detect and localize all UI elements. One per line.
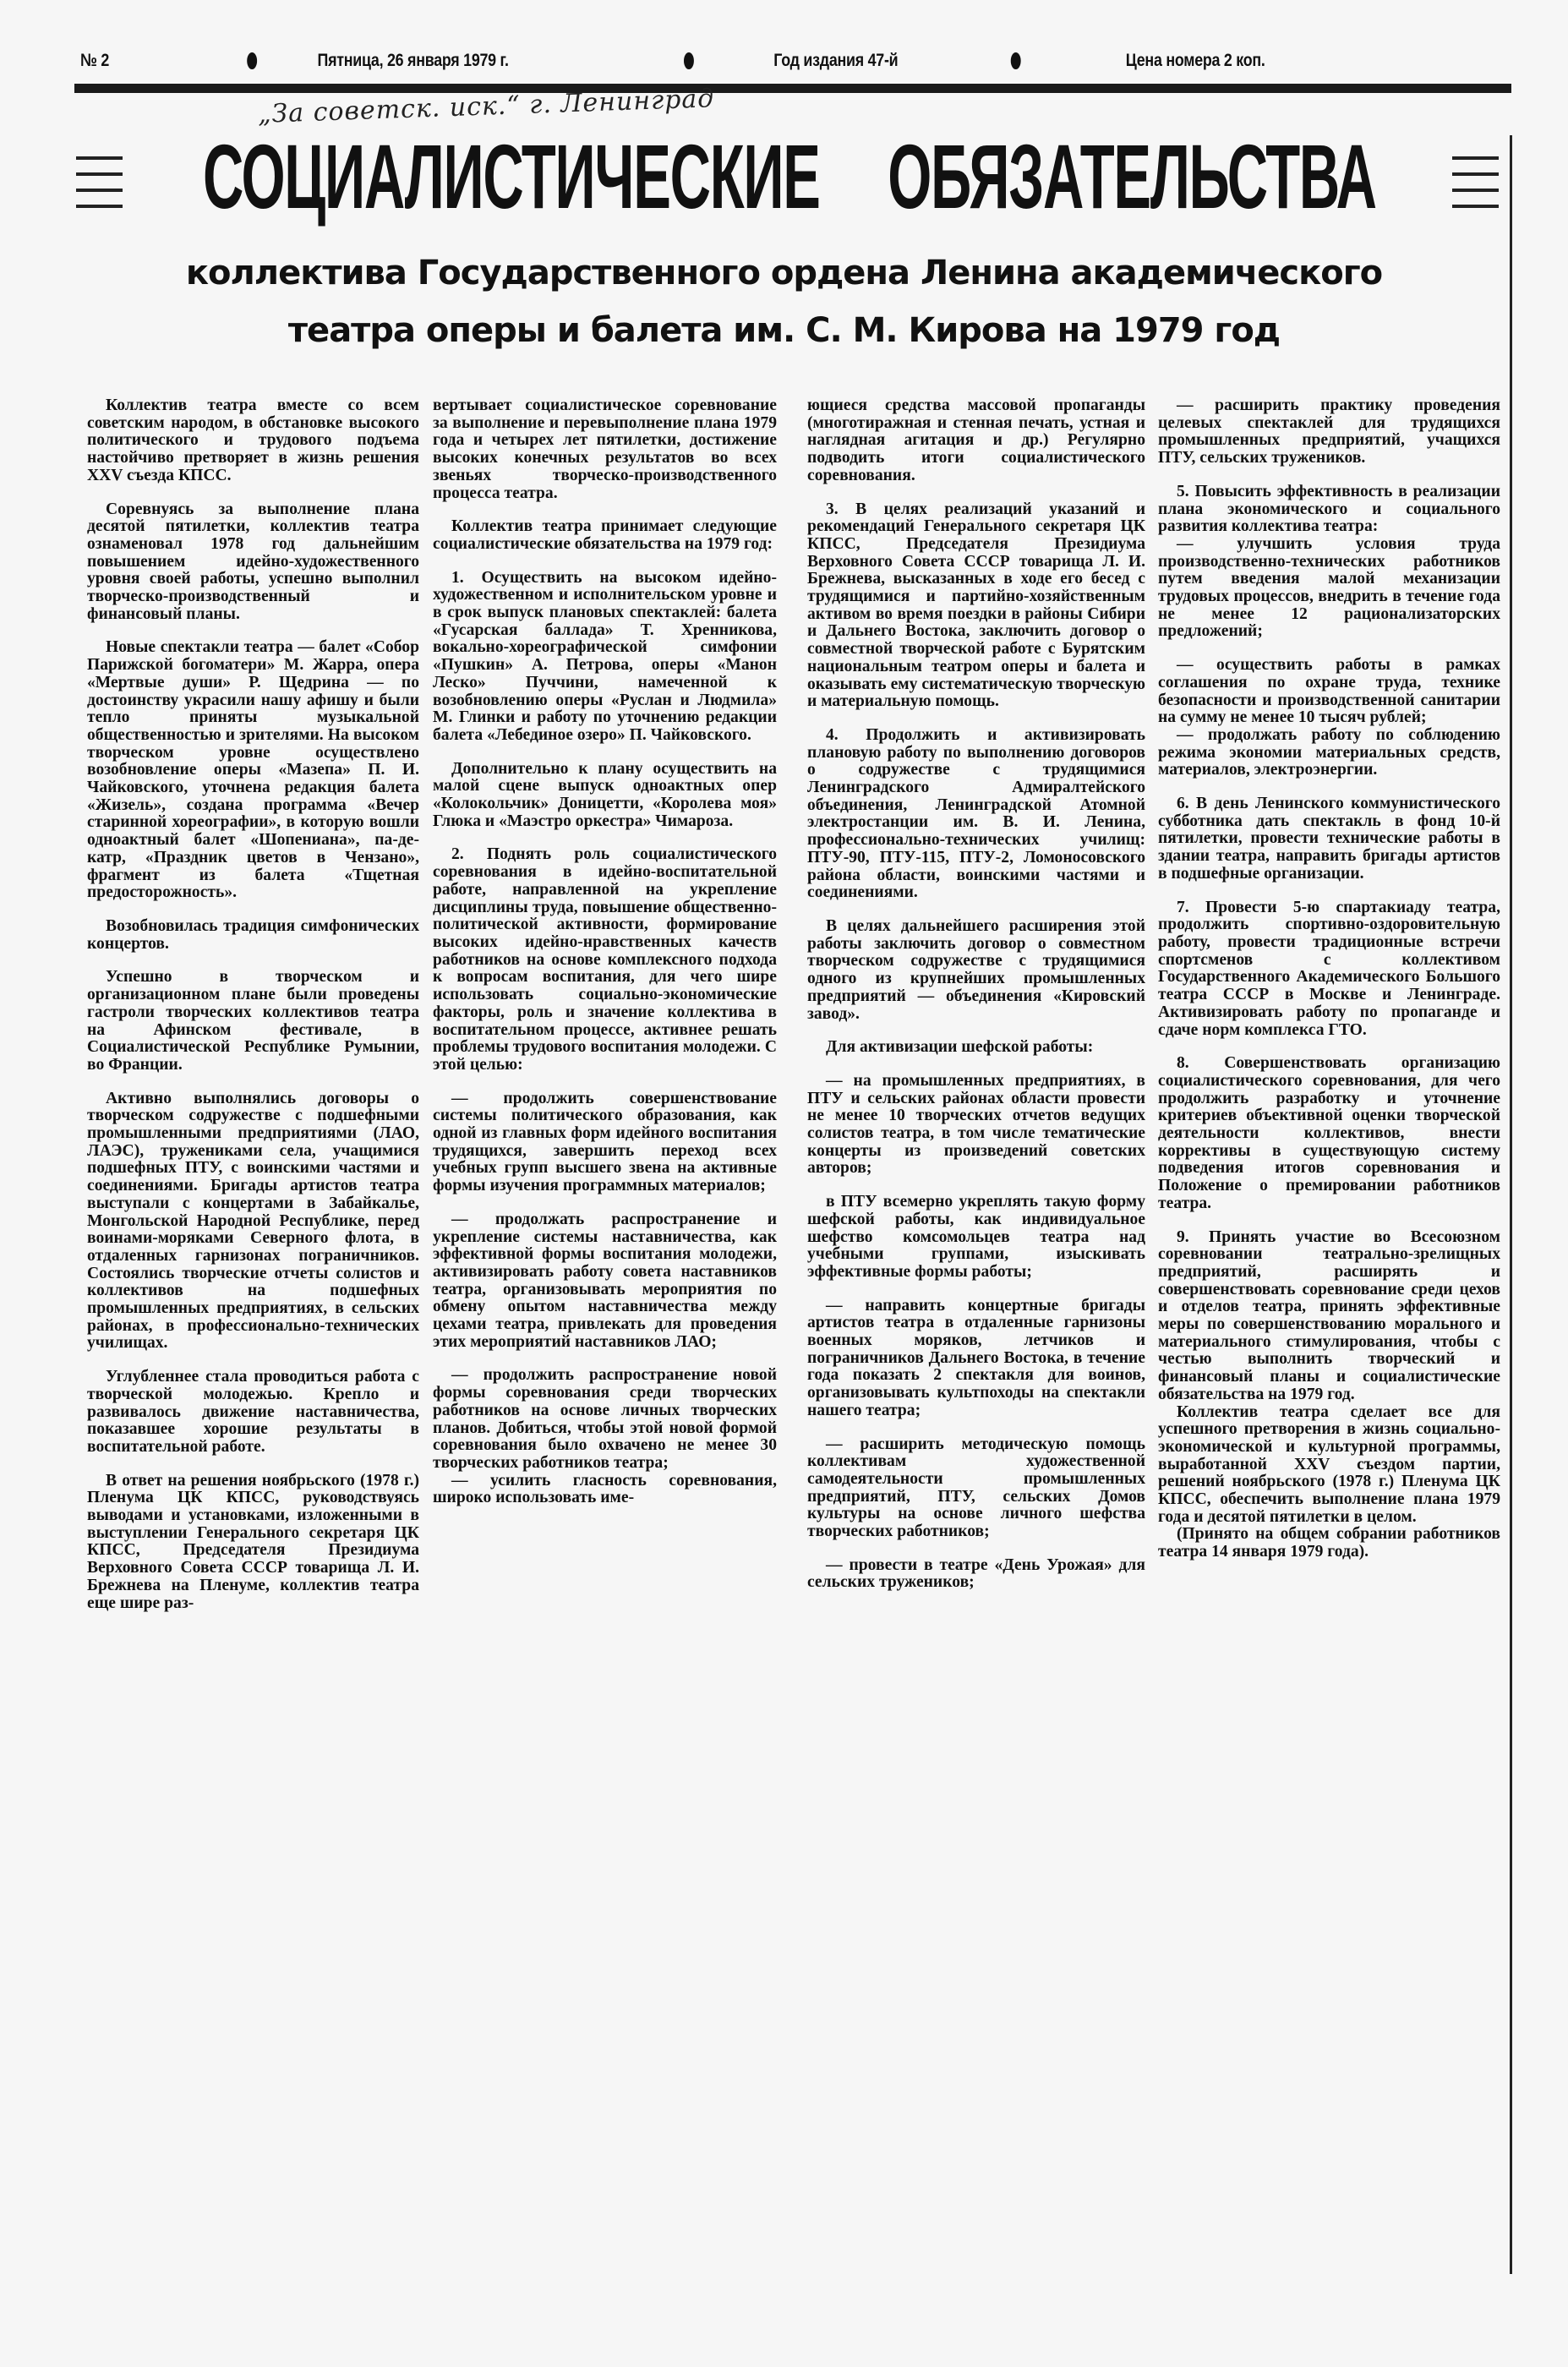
paragraph: ющиеся средства массовой пропаганды (мно… bbox=[807, 397, 1145, 485]
obligation-item-5: 5. Повысить эффективность в реализации п… bbox=[1158, 484, 1500, 536]
paragraph: В целях дальнейшего расширения этой рабо… bbox=[807, 918, 1145, 1023]
closing-paragraph: Коллектив театра сделает все для успешно… bbox=[1158, 1404, 1500, 1527]
paragraph: — направить концертные бригады артистов … bbox=[807, 1298, 1145, 1420]
paragraph: В ответ на решения ноябрьского (1978 г.)… bbox=[87, 1473, 419, 1613]
obligation-item-1: 1. Осуществить на высоком идейно-художес… bbox=[433, 570, 777, 745]
article-column-4: — расширить практику проведения целевых … bbox=[1158, 397, 1500, 1577]
paragraph: — расширить практику проведения целевых … bbox=[1158, 397, 1500, 467]
bullet-icon bbox=[247, 52, 257, 69]
paragraph: — осуществить работы в рамках соглашения… bbox=[1158, 657, 1500, 727]
publication-year: Год издания 47-й bbox=[773, 51, 898, 71]
masthead: № 2 Пятница, 26 января 1979 г. Год издан… bbox=[80, 44, 1302, 78]
headline-subtitle-line2: театра оперы и балета им. С. М. Кирова н… bbox=[0, 311, 1568, 350]
obligation-item-9: 9. Принять участие во Всесоюзном соревно… bbox=[1158, 1229, 1500, 1404]
article-column-2: вертывает социалистическое соревнование … bbox=[433, 397, 777, 1523]
masthead-rule bbox=[74, 84, 1511, 93]
paragraph: — на промышленных предприятиях, в ПТУ и … bbox=[807, 1073, 1145, 1178]
paragraph: Коллектив театра вместе со всем советски… bbox=[87, 397, 419, 485]
paragraph: — продолжить совершенствование системы п… bbox=[433, 1091, 777, 1195]
paragraph: — продолжать работу по соблюдению режима… bbox=[1158, 727, 1500, 779]
headline-title-part1: СОЦИАЛИСТИЧЕСКИЕ bbox=[203, 125, 820, 227]
paragraph: Успешно в творческом и организационном п… bbox=[87, 969, 419, 1074]
headline-title-part2: ОБЯЗАТЕЛЬСТВА bbox=[888, 125, 1376, 227]
paragraph: Соревнуясь за выполнение плана десятой п… bbox=[87, 501, 419, 624]
paragraph: Коллектив театра принимает следующие соц… bbox=[433, 518, 777, 553]
obligation-item-2: 2. Поднять роль социалистического соревн… bbox=[433, 846, 777, 1074]
article-column-3: ющиеся средства массовой пропаганды (мно… bbox=[807, 397, 1145, 1608]
obligation-item-3: 3. В целях реализаций указаний и рекомен… bbox=[807, 501, 1145, 711]
issue-price: Цена номера 2 коп. bbox=[1126, 51, 1265, 71]
article-column-1: Коллектив театра вместе со всем советски… bbox=[87, 397, 419, 1628]
obligation-item-6: 6. В день Ленинского коммунистического с… bbox=[1158, 795, 1500, 883]
issue-number: № 2 bbox=[80, 51, 109, 71]
obligation-item-4: 4. Продолжить и активизировать плановую … bbox=[807, 727, 1145, 902]
paragraph: в ПТУ всемерно укреплять такую форму шеф… bbox=[807, 1194, 1145, 1282]
decorative-bars-left-icon bbox=[76, 156, 123, 221]
issue-date: Пятница, 26 января 1979 г. bbox=[318, 51, 509, 71]
paragraph: — продолжить распространение новой формы… bbox=[433, 1367, 777, 1472]
paragraph: Для активизации шефской работы: bbox=[807, 1039, 1145, 1057]
paragraph: вертывает социалистическое соревнование … bbox=[433, 397, 777, 502]
column-border-right bbox=[1510, 135, 1512, 2274]
paragraph: — усилить гласность соревнования, широко… bbox=[433, 1473, 777, 1507]
paragraph: Дополнительно к плану осуществить на мал… bbox=[433, 761, 777, 831]
paragraph: Активно выполнялись договоры о творческо… bbox=[87, 1091, 419, 1353]
obligation-item-7: 7. Провести 5-ю спартакиаду театра, прод… bbox=[1158, 899, 1500, 1040]
headline-title: СОЦИАЛИСТИЧЕСКИЕОБЯЗАТЕЛЬСТВА bbox=[203, 131, 947, 222]
paragraph: Углубленнее стала проводиться работа с т… bbox=[87, 1369, 419, 1457]
paragraph: — провести в театре «День Урожая» для се… bbox=[807, 1557, 1145, 1592]
paragraph: — расширить методическую помощь коллекти… bbox=[807, 1436, 1145, 1541]
bullet-icon bbox=[1011, 52, 1021, 69]
paragraph: Новые спектакли театра — балет «Собор Па… bbox=[87, 639, 419, 902]
bullet-icon bbox=[684, 52, 694, 69]
paragraph: — улучшить условия труда производственно… bbox=[1158, 536, 1500, 641]
paragraph: Возобновилась традиция симфонических кон… bbox=[87, 918, 419, 953]
paragraph: — продолжать распространение и укреплени… bbox=[433, 1211, 777, 1352]
obligation-item-8: 8. Совершенствовать организацию социалис… bbox=[1158, 1055, 1500, 1212]
decorative-bars-right-icon bbox=[1452, 156, 1499, 221]
adoption-note: (Принято на общем собрании работников те… bbox=[1158, 1526, 1500, 1561]
headline-subtitle-line1: коллектива Государственного ордена Ленин… bbox=[0, 254, 1568, 292]
